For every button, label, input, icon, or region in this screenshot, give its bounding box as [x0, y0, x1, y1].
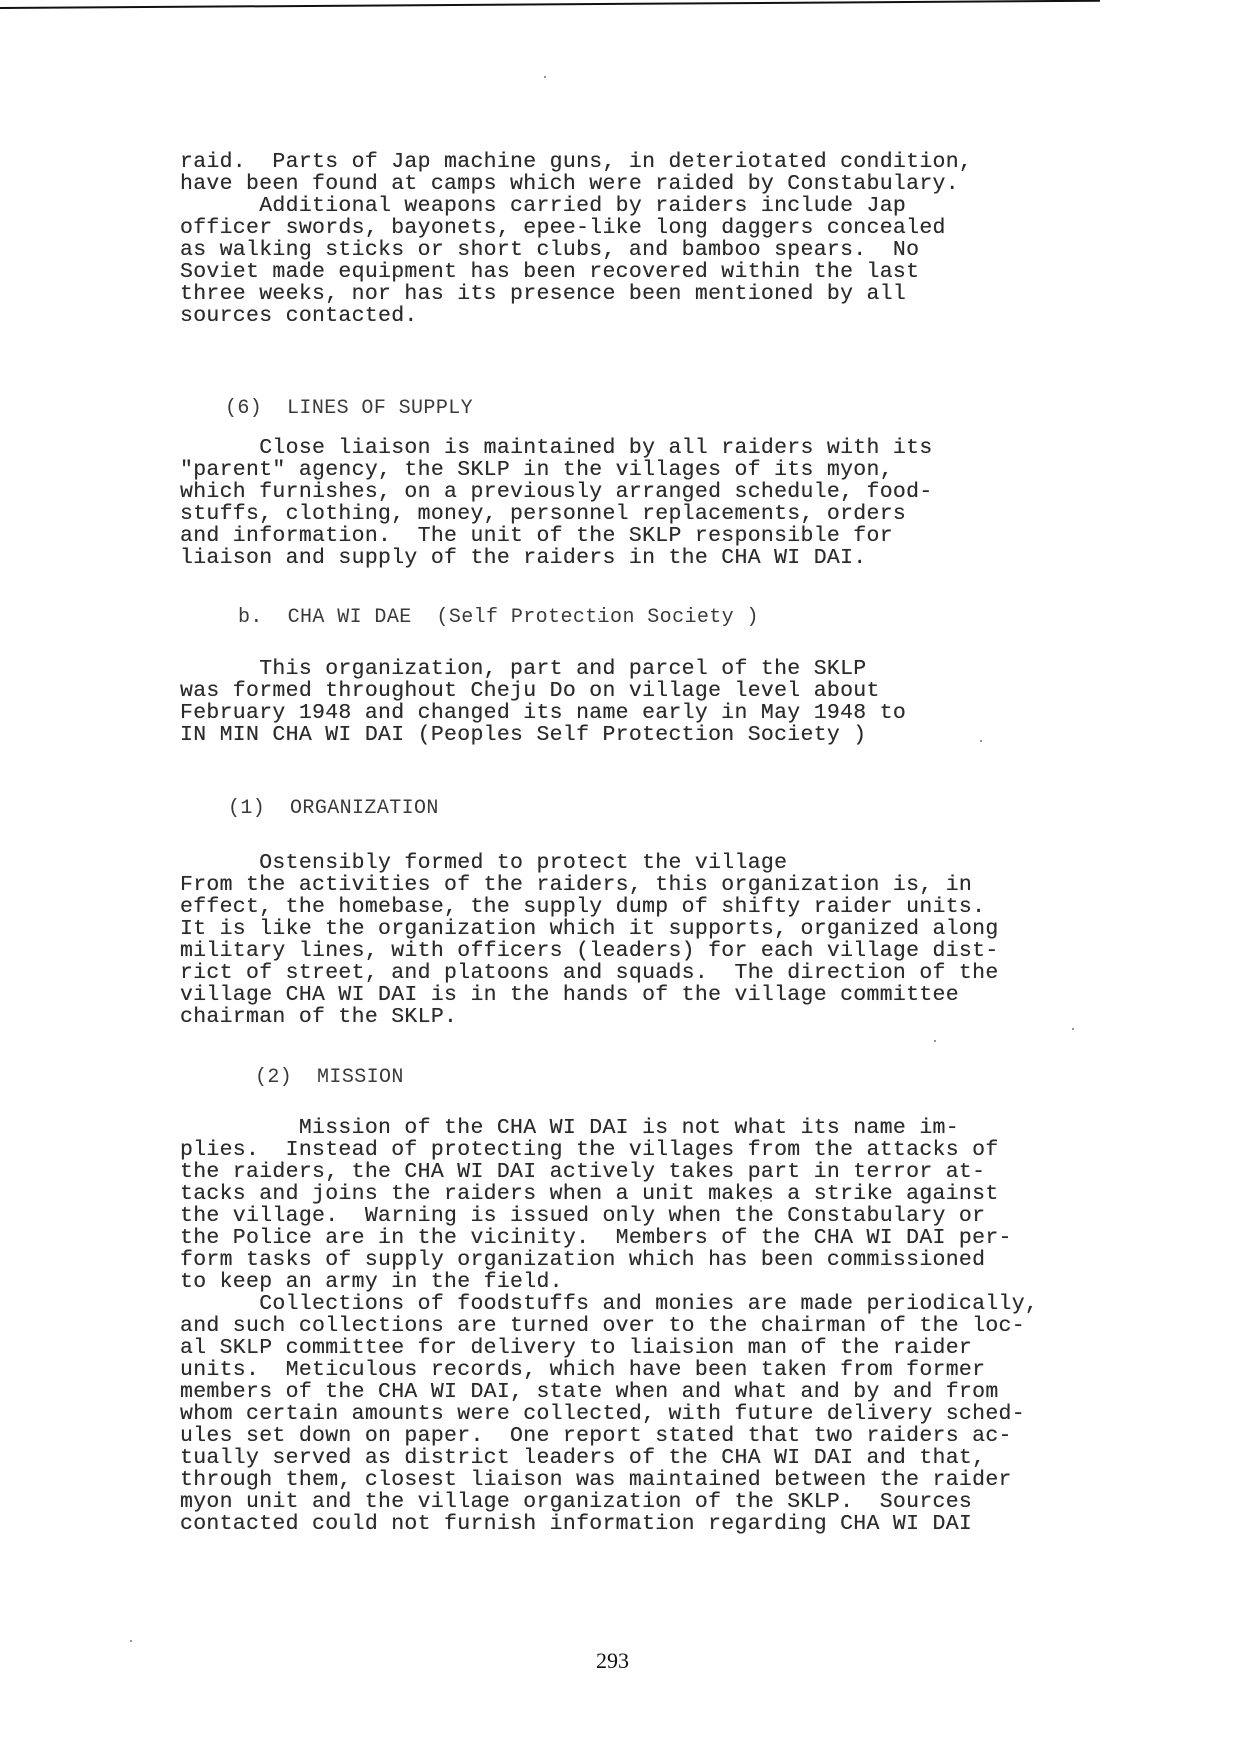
scan-edge-rule [0, 0, 1100, 9]
text-line: Collections of foodstuffs and monies are… [180, 1293, 1038, 1315]
section-heading: (1) ORGANIZATION [228, 797, 439, 820]
text-line: Ostensibly formed to protect the village [180, 852, 787, 874]
text-line: Additional weapons carried by raiders in… [180, 195, 906, 217]
text-line: through them, closest liaison was mainta… [180, 1469, 1012, 1491]
page-number: 293 [596, 1648, 629, 1674]
text-line: Soviet made equipment has been recovered… [180, 261, 919, 283]
text-line: village CHA WI DAI is in the hands of th… [180, 984, 959, 1006]
document-page: raid. Parts of Jap machine guns, in dete… [0, 0, 1240, 1755]
text-line: sources contacted. [180, 305, 418, 327]
text-line: myon unit and the village organization o… [180, 1491, 972, 1513]
scan-speck [598, 618, 600, 620]
text-line: al SKLP committee for delivery to liaisi… [180, 1337, 972, 1359]
section-heading: (6) LINES OF SUPPLY [225, 397, 473, 420]
text-line: contacted could not furnish information … [180, 1513, 972, 1535]
text-line: military lines, with officers (leaders) … [180, 940, 999, 962]
text-line: members of the CHA WI DAI, state when an… [180, 1381, 999, 1403]
scan-speck [544, 76, 546, 78]
text-line: officer swords, bayonets, epee-like long… [180, 217, 946, 239]
text-line: February 1948 and changed its name early… [180, 702, 906, 724]
text-line: stuffs, clothing, money, personnel repla… [180, 503, 906, 525]
text-line: ules set down on paper. One report state… [180, 1425, 1012, 1447]
text-line: plies. Instead of protecting the village… [180, 1139, 999, 1161]
scan-speck [934, 1040, 936, 1042]
scan-speck [1072, 1028, 1074, 1030]
text-line: It is like the organization which it sup… [180, 918, 999, 940]
text-line: form tasks of supply organization which … [180, 1249, 985, 1271]
text-line: the raiders, the CHA WI DAI actively tak… [180, 1161, 985, 1183]
text-line: the village. Warning is issued only when… [180, 1205, 985, 1227]
text-line: "parent" agency, the SKLP in the village… [180, 459, 893, 481]
text-line: tacks and joins the raiders when a unit … [180, 1183, 999, 1205]
text-line: and information. The unit of the SKLP re… [180, 525, 893, 547]
text-line: raid. Parts of Jap machine guns, in dete… [180, 151, 972, 173]
text-line: IN MIN CHA WI DAI (Peoples Self Protecti… [180, 724, 867, 746]
text-line: whom certain amounts were collected, wit… [180, 1403, 1025, 1425]
text-line: units. Meticulous records, which have be… [180, 1359, 985, 1381]
section-heading: (2) MISSION [255, 1066, 404, 1089]
text-line: rict of street, and platoons and squads.… [180, 962, 999, 984]
scan-speck [760, 1200, 762, 1202]
text-line: chairman of the SKLP. [180, 1006, 457, 1028]
scan-speck [130, 1640, 132, 1642]
text-line: have been found at camps which were raid… [180, 173, 959, 195]
text-line: three weeks, nor has its presence been m… [180, 283, 906, 305]
text-line: and such collections are turned over to … [180, 1315, 1025, 1337]
text-line: Mission of the CHA WI DAI is not what it… [180, 1117, 959, 1139]
text-line: the Police are in the vicinity. Members … [180, 1227, 1012, 1249]
text-line: From the activities of the raiders, this… [180, 874, 972, 896]
text-line: liaison and supply of the raiders in the… [180, 547, 867, 569]
text-line: to keep an army in the field. [180, 1271, 563, 1293]
text-line: which furnishes, on a previously arrange… [180, 481, 933, 503]
text-line: was formed throughout Cheju Do on villag… [180, 680, 880, 702]
section-heading: b. CHA WI DAE (Self Protection Society ) [238, 606, 759, 629]
text-line: This organization, part and parcel of th… [180, 658, 867, 680]
scan-speck [980, 740, 982, 742]
text-line: effect, the homebase, the supply dump of… [180, 896, 985, 918]
text-line: as walking sticks or short clubs, and ba… [180, 239, 919, 261]
text-line: tually served as district leaders of the… [180, 1447, 985, 1469]
text-line: Close liaison is maintained by all raide… [180, 437, 933, 459]
